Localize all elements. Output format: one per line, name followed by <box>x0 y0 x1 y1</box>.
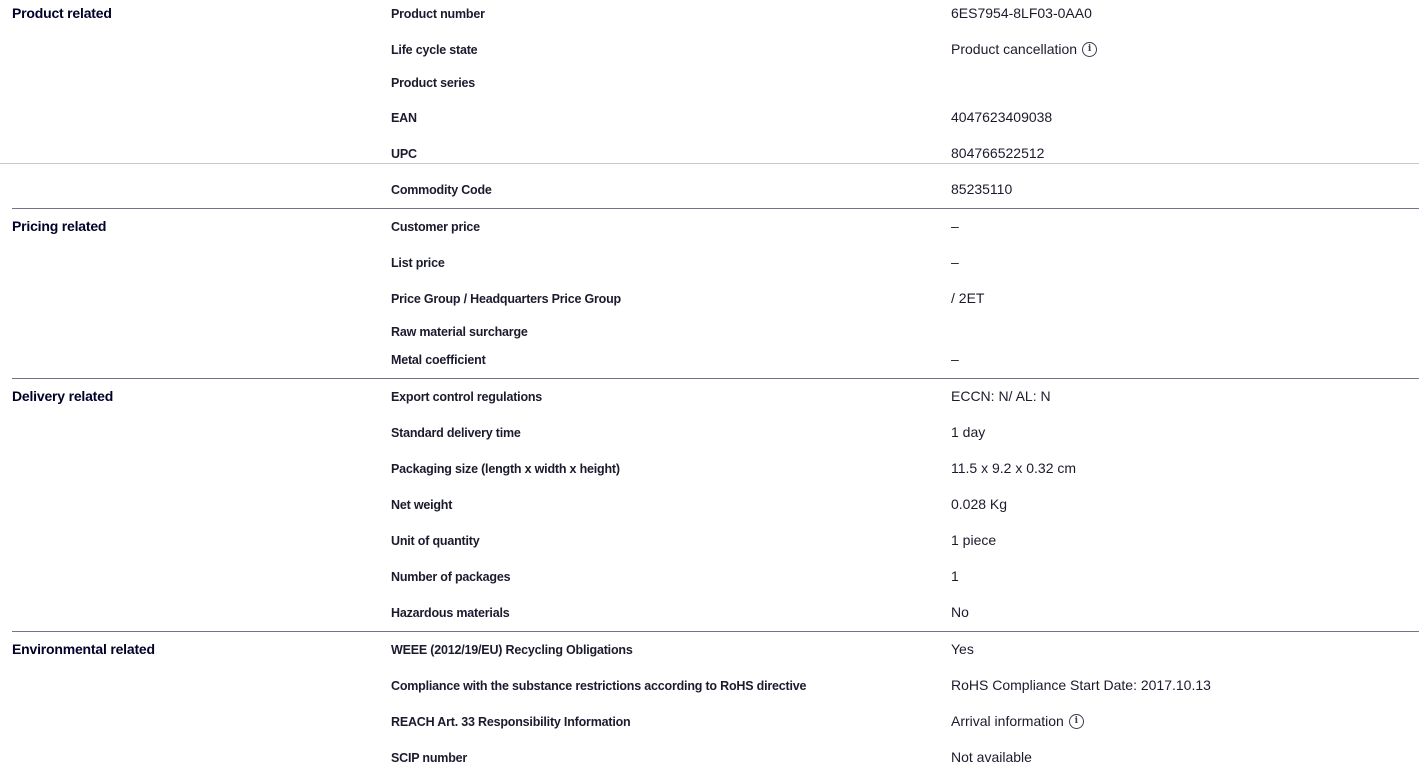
info-icon[interactable]: i <box>1082 42 1097 57</box>
table-row: REACH Art. 33 Responsibility Information… <box>0 713 1419 733</box>
row-label: Export control regulations <box>391 390 542 404</box>
row-label: List price <box>391 256 445 270</box>
table-row: Number of packages 1 <box>0 568 1419 588</box>
row-label: REACH Art. 33 Responsibility Information <box>391 715 630 729</box>
row-label: Metal coefficient <box>391 353 486 367</box>
row-label: Customer price <box>391 220 480 234</box>
table-row: Commodity Code 85235110 <box>0 181 1419 201</box>
row-label: Packaging size (length x width x height) <box>391 462 620 476</box>
table-row: Raw material surcharge <box>0 323 1419 343</box>
row-value: 11.5 x 9.2 x 0.32 cm <box>951 460 1076 476</box>
table-row: Metal coefficient – <box>0 351 1419 371</box>
table-row: Life cycle state Product cancellationi <box>0 41 1419 61</box>
table-row: Hazardous materials No <box>0 604 1419 624</box>
table-row: Export control regulations ECCN: N/ AL: … <box>0 388 1419 408</box>
table-row: WEEE (2012/19/EU) Recycling Obligations … <box>0 641 1419 661</box>
table-row: EAN 4047623409038 <box>0 109 1419 129</box>
table-row: Compliance with the substance restrictio… <box>0 677 1419 697</box>
row-value: 1 piece <box>951 532 996 548</box>
row-value: 6ES7954-8LF03-0AA0 <box>951 5 1092 21</box>
row-value: / 2ET <box>951 290 984 306</box>
row-label: UPC <box>391 147 417 161</box>
table-row: Packaging size (length x width x height)… <box>0 460 1419 480</box>
row-value: ECCN: N/ AL: N <box>951 388 1051 404</box>
section-divider <box>12 208 1419 209</box>
row-value: 85235110 <box>951 181 1012 197</box>
row-label: Compliance with the substance restrictio… <box>391 679 806 693</box>
value-text[interactable]: Arrival information <box>951 713 1064 729</box>
row-value: No <box>951 604 969 620</box>
row-label: Hazardous materials <box>391 606 509 620</box>
table-row: Net weight 0.028 Kg <box>0 496 1419 516</box>
row-label: SCIP number <box>391 751 467 765</box>
product-data-table: Product related Product number 6ES7954-8… <box>0 0 1419 771</box>
table-row: Product number 6ES7954-8LF03-0AA0 <box>0 5 1419 25</box>
row-label: Life cycle state <box>391 43 477 57</box>
table-row: Product series <box>0 74 1419 94</box>
row-label: Commodity Code <box>391 183 492 197</box>
row-label: EAN <box>391 111 417 125</box>
table-row: Unit of quantity 1 piece <box>0 532 1419 552</box>
section-divider <box>12 631 1419 632</box>
row-value: Yes <box>951 641 974 657</box>
info-icon[interactable]: i <box>1069 714 1084 729</box>
table-row: Price Group / Headquarters Price Group /… <box>0 290 1419 310</box>
row-label: Standard delivery time <box>391 426 521 440</box>
table-row: SCIP number Not available <box>0 749 1419 769</box>
row-value: Product cancellationi <box>951 41 1097 57</box>
row-value: 804766522512 <box>951 145 1044 161</box>
value-text: 6ES7954-8LF03-0AA0 <box>951 5 1092 21</box>
row-label: Product number <box>391 7 485 21</box>
row-value: Arrival informationi <box>951 713 1084 729</box>
table-row: UPC 804766522512 <box>0 145 1419 165</box>
divider <box>0 163 1419 164</box>
row-value: Not available <box>951 749 1032 765</box>
row-value: RoHS Compliance Start Date: 2017.10.13 <box>951 677 1211 693</box>
row-value: – <box>951 254 959 270</box>
section-divider <box>12 378 1419 379</box>
row-label: Net weight <box>391 498 452 512</box>
table-row: Customer price – <box>0 218 1419 238</box>
row-value: 4047623409038 <box>951 109 1052 125</box>
row-value: 1 day <box>951 424 985 440</box>
row-label: WEEE (2012/19/EU) Recycling Obligations <box>391 643 633 657</box>
row-label: Unit of quantity <box>391 534 479 548</box>
row-value: 0.028 Kg <box>951 496 1007 512</box>
row-value: 1 <box>951 568 959 584</box>
row-label: Raw material surcharge <box>391 325 528 339</box>
row-label: Product series <box>391 76 475 90</box>
row-label: Price Group / Headquarters Price Group <box>391 292 621 306</box>
row-label: Number of packages <box>391 570 510 584</box>
value-text: Product cancellation <box>951 41 1077 57</box>
table-row: List price – <box>0 254 1419 274</box>
row-value: – <box>951 218 959 234</box>
table-row: Standard delivery time 1 day <box>0 424 1419 444</box>
row-value: – <box>951 351 959 367</box>
